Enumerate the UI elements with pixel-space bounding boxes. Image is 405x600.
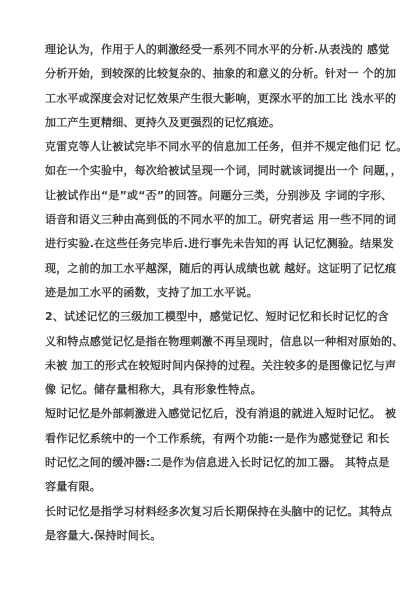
text-line: 时记忆之间的缓冲器:二是作为信息进入长时记忆的加工器。 其特点是 (45, 451, 375, 475)
text-line: 语音和语义三种由高到低的不同水平的加工。研究者运 用一些不同的词 (45, 208, 375, 232)
text-line: 克雷克等人让被试完毕不同水平的信息加工任务，但并不规定他们记 忆。 (45, 135, 375, 159)
text-line: 长时记忆是指学习材料经多次复习后长期保持在头脑中的记忆。其特点 (45, 500, 375, 524)
paragraph-short-term-memory: 短时记忆是外部刺激进入感觉记忆后，没有消退的就进入短时记忆。 被 看作记忆系统中… (45, 402, 375, 499)
text-line: 短时记忆是外部刺激进入感觉记忆后，没有消退的就进入短时记忆。 被 (45, 402, 375, 426)
text-line: 迹是加工水平的函数，支持了加工水平说。 (45, 281, 375, 305)
paragraph-processing-level-theory: 理论认为，作用于人的刺激经受一系列不同水平的分析.从表浅的 感觉 分析开始，到较… (45, 38, 375, 135)
text-line: 如在一个实验中，每次给被试呈现一个词，同时就该词提出一个 问题，， (45, 159, 375, 183)
text-line: 看作记忆系统中的一个工作系统，有两个功能:一是作为感觉登记 和长 (45, 427, 375, 451)
paragraph-craik-experiment: 克雷克等人让被试完毕不同水平的信息加工任务，但并不规定他们记 忆。 如在一个实验… (45, 135, 375, 305)
text-line: 现，之前的加工水平越深，随后的再认成绩也就 越好。这证明了记忆痕 (45, 257, 375, 281)
text-line: 是容量大.保持时间长。 (45, 524, 375, 548)
text-line: 进行实验.在这些任务完毕后.进行事先未告知的再 认记忆测验。结果发 (45, 232, 375, 256)
text-line: 未被 加工的形式在较短时间内保持的过程。关注较多的是图像记忆与声 (45, 354, 375, 378)
text-line: 2、试述记忆的三级加工模型中，感觉记忆、短时记忆和长时记忆的含 (45, 305, 375, 329)
document-page: 理论认为，作用于人的刺激经受一系列不同水平的分析.从表浅的 感觉 分析开始，到较… (0, 0, 405, 600)
text-line: 让被试作出“是”或“否”的回答。问题分三类，分别涉及 字词的字形、 (45, 184, 375, 208)
text-line: 加工产生更精细、更持久及更强烈的记忆痕迹。 (45, 111, 375, 135)
document-text-block: 理论认为，作用于人的刺激经受一系列不同水平的分析.从表浅的 感觉 分析开始，到较… (45, 38, 375, 548)
text-line: 义和特点感觉记忆是指在物理刺激不再呈现时，信息以一种相对原始的、 (45, 330, 375, 354)
text-line: 分析开始，到较深的比较复杂的、抽象的和意义的分析。针对一 个的加 (45, 62, 375, 86)
text-line: 容量有限。 (45, 475, 375, 499)
paragraph-long-term-memory: 长时记忆是指学习材料经多次复习后长期保持在头脑中的记忆。其特点 是容量大.保持时… (45, 500, 375, 549)
text-line: 像 记忆。储存量相称大，具有形象性特点。 (45, 378, 375, 402)
text-line: 工水平或深度会对记忆效果产生很大影响，更深水平的加工比 浅水平的 (45, 87, 375, 111)
text-line: 理论认为，作用于人的刺激经受一系列不同水平的分析.从表浅的 感觉 (45, 38, 375, 62)
paragraph-question-2-sensory-memory: 2、试述记忆的三级加工模型中，感觉记忆、短时记忆和长时记忆的含 义和特点感觉记忆… (45, 305, 375, 402)
